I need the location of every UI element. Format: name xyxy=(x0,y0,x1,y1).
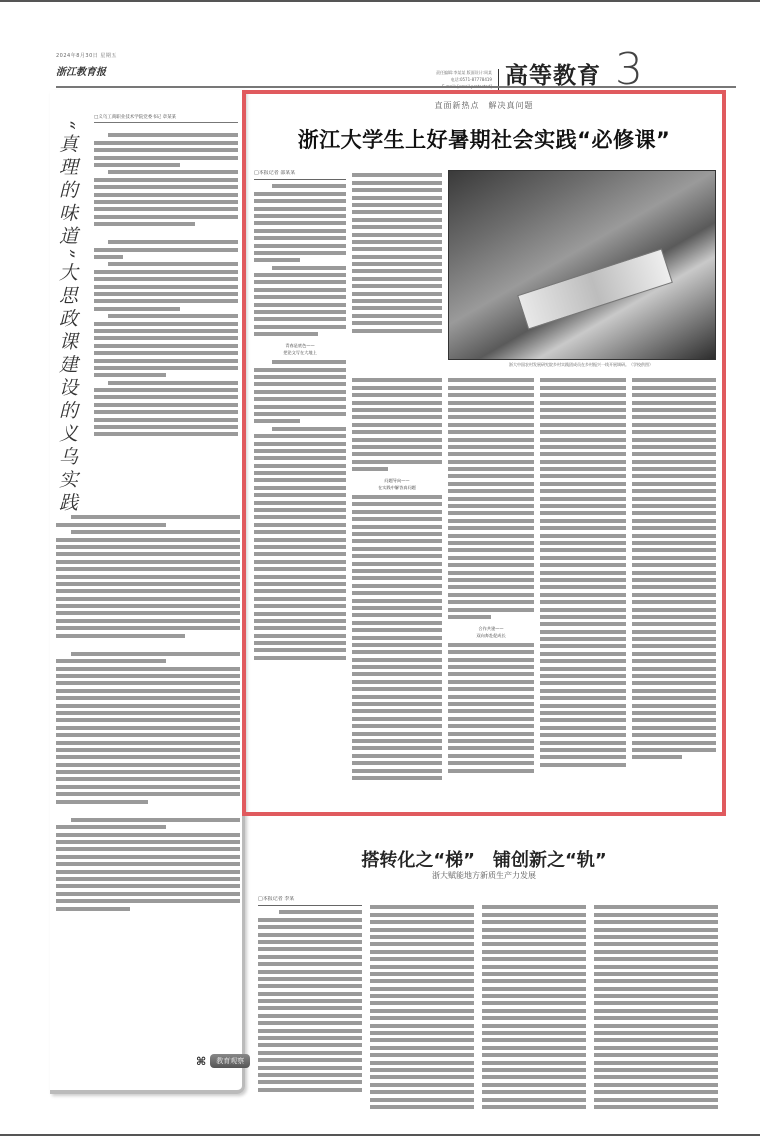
subhead-2: 问题导向——在实践中解答真问题 xyxy=(352,477,442,491)
second-article-column-2 xyxy=(370,902,474,1116)
top-border xyxy=(0,0,760,2)
second-article-subhead: 浙大赋能地方新质生产力发展 xyxy=(242,870,726,881)
column-logo-badge: 教育观察 xyxy=(210,1054,250,1068)
page-number: 3 xyxy=(615,50,643,90)
article-column-1: □本报记者 邵某某 青春是底色——把论文写在大地上 xyxy=(254,170,346,810)
article-column-5 xyxy=(632,375,716,810)
article-byline: □本报记者 邵某某 xyxy=(254,170,346,180)
photo-caption: 浙大中国农村发展研究院乡村实践团成员在乡村振兴一线开展调研。（学校供图） xyxy=(448,362,714,368)
sidebar-byline: □义乌工商职业技术学院党委书记 章某某 xyxy=(94,114,238,123)
subhead-3: 合作共建——双向奔赴促成长 xyxy=(448,625,534,639)
article-column-2-top xyxy=(352,170,442,360)
sidebar-lower-text xyxy=(56,512,240,1052)
issue-date: 2024年8月30日 星期五 xyxy=(56,52,117,59)
logo-mark-icon: ⌘ xyxy=(196,1055,206,1068)
article-column-2: 问题导向——在实践中解答真问题 xyxy=(352,375,442,810)
second-article-byline: □本报记者 李某 xyxy=(258,896,362,906)
article-column-3: 合作共建——双向奔赴促成长 xyxy=(448,375,534,810)
second-article-headline: 搭转化之“梯” 铺创新之“轨” xyxy=(242,846,726,872)
masthead-right: 责任编辑:李某某 版面设计:周某 电话:0571-87778419 E-mail… xyxy=(436,50,643,90)
article-headline: 浙江大学生上好暑期社会实践“必修课” xyxy=(242,124,726,154)
sidebar-body-text xyxy=(94,130,238,500)
article-kicker: 直面新热点 解决真问题 xyxy=(242,100,726,111)
photo-banner xyxy=(517,248,673,329)
subhead-1: 青春是底色——把论文写在大地上 xyxy=(254,342,346,356)
paper-name: 浙江教育报 xyxy=(56,63,117,78)
masthead-rule xyxy=(56,86,736,88)
second-article-column-4 xyxy=(594,902,718,1116)
editor-line: 责任编辑:李某某 版面设计:周某 xyxy=(436,69,492,76)
masthead-left: 2024年8月30日 星期五 浙江教育报 xyxy=(56,52,117,78)
second-article-column-1: □本报记者 李某 xyxy=(258,896,362,1116)
newspaper-page: 2024年8月30日 星期五 浙江教育报 责任编辑:李某某 版面设计:周某 电话… xyxy=(36,40,736,1120)
second-article-column-3 xyxy=(482,902,586,1116)
sidebar-vertical-title: “真理的味道”大思政课建设的义乌实践 xyxy=(56,120,80,515)
article-column-4 xyxy=(540,375,626,810)
phone-line: 电话:0571-87778419 xyxy=(436,76,492,83)
column-logo: ⌘ 教育观察 xyxy=(196,1054,250,1068)
article-photo xyxy=(448,170,716,360)
